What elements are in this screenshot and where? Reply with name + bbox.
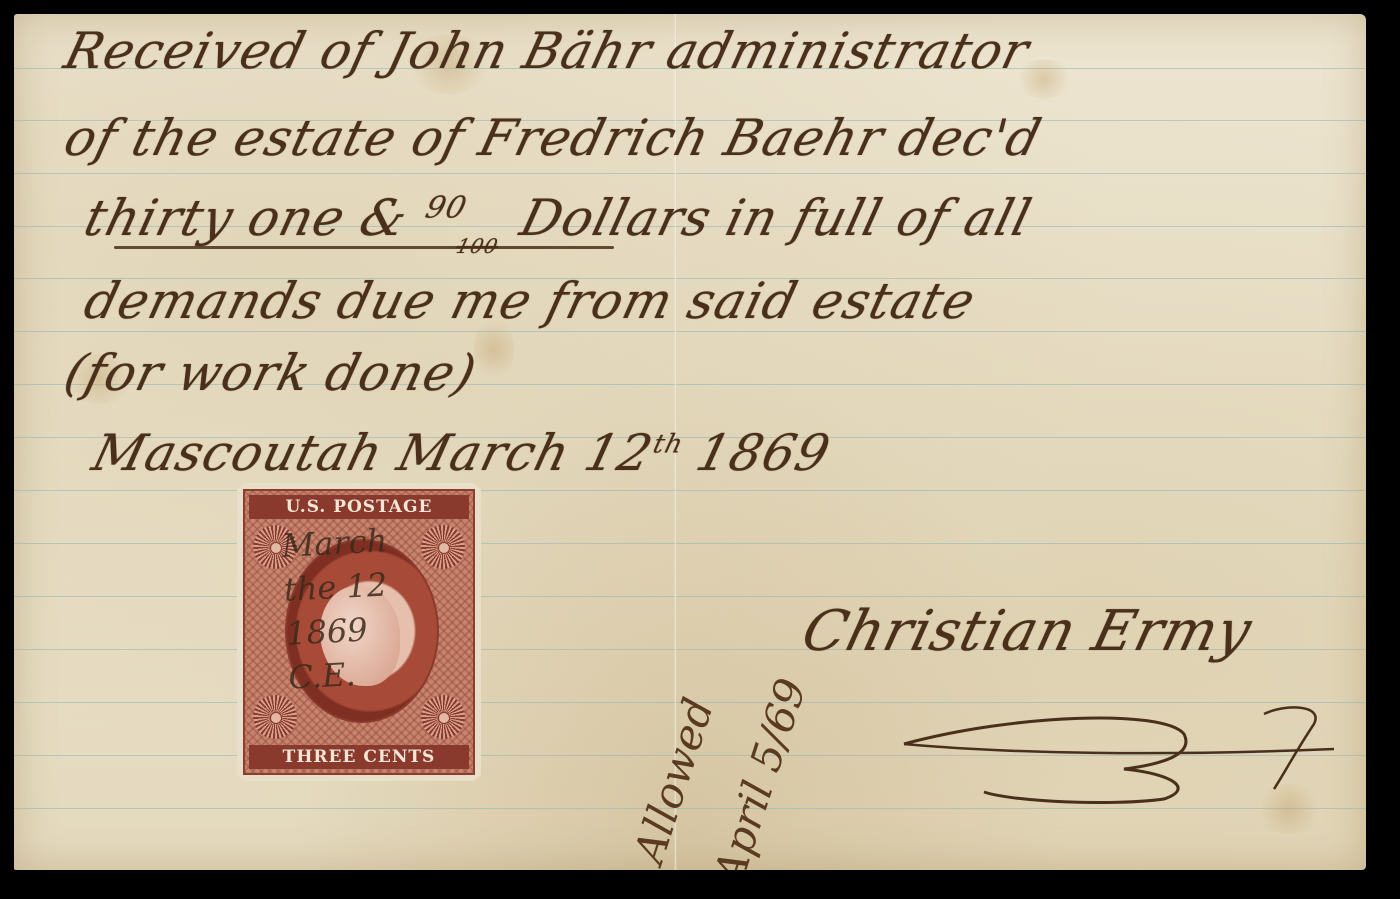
date-line: Mascoutah March 12th 1869 [87, 424, 836, 482]
ruled-line [14, 173, 1366, 174]
date-year: 1869 [691, 424, 837, 482]
receipt-line-2: of the estate of Fredrich Baehr dec'd [59, 109, 1048, 167]
receipt-line-4: (for work done) [59, 344, 483, 402]
receipt-paper: Received of John Bähr administrator of t… [14, 14, 1366, 870]
receipt-line-1: Received of John Bähr administrator [59, 22, 1035, 80]
amount-words: thirty one [79, 189, 352, 247]
stamp-manuscript-cancel: March the 12 1869 C.E. [280, 518, 395, 699]
stamp-bottom-label: THREE CENTS [249, 745, 469, 769]
amount-cents: 90 [422, 190, 471, 225]
amount-connector: & [354, 189, 414, 247]
date-month: March [392, 424, 577, 482]
stamp-rosette-icon [421, 695, 465, 739]
amount-underline [114, 246, 614, 249]
signature: Christian Ermy [796, 599, 1259, 664]
stamp-rosette-icon [421, 525, 465, 569]
stamp-rosette-icon [253, 695, 297, 739]
ruled-line [14, 331, 1366, 332]
ruled-line [14, 543, 1366, 544]
stamp-design: U.S. POSTAGE March the 12 1869 C.E. THRE… [243, 489, 475, 775]
stamp-top-label: U.S. POSTAGE [249, 495, 469, 519]
date-day: 12 [579, 424, 659, 482]
date-day-suffix: th [650, 429, 687, 459]
postage-stamp: U.S. POSTAGE March the 12 1869 C.E. THRE… [237, 483, 481, 781]
side-note-allowed: Allowed [624, 692, 723, 869]
receipt-line-3: demands due me from said estate [79, 272, 982, 330]
date-place: Mascoutah [87, 424, 390, 482]
ruled-line [14, 596, 1366, 597]
amount-rest: Dollars in full of all [515, 189, 1038, 247]
ruled-line [14, 490, 1366, 491]
amount-line: thirty one & 90100 Dollars in full of al… [79, 189, 1038, 247]
signature-flourish [864, 694, 1364, 804]
